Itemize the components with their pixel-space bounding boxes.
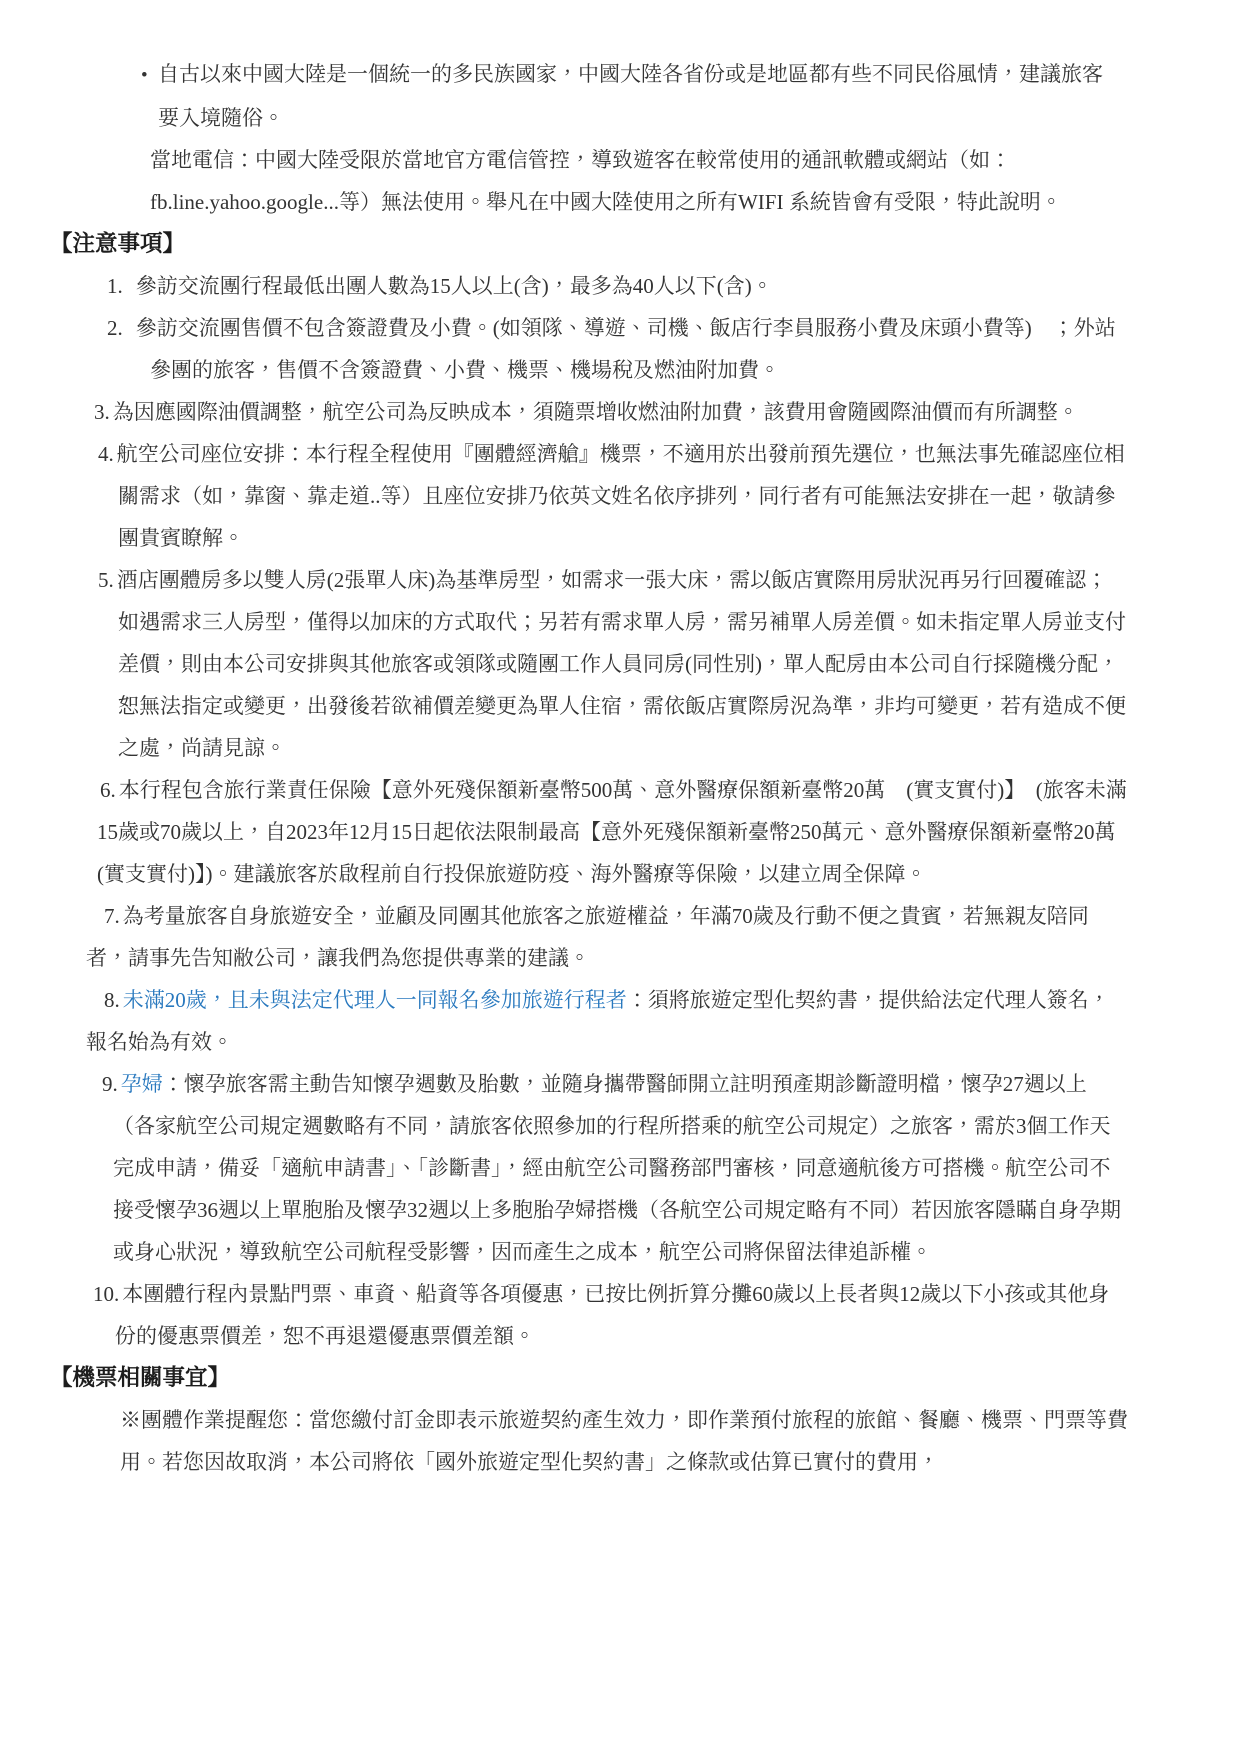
bullet-icon: •	[141, 55, 158, 97]
note-item-5: 5.酒店團體房多以雙人房(2張單人床)為基準房型，如需求一張大床，需以飯店實際用…	[0, 559, 1128, 769]
ticket-section-heading: 【機票相關事宜】	[50, 1357, 1240, 1399]
note-item-highlight: 孕婦	[121, 1072, 163, 1096]
note-item-highlight: 未滿20歲，且未與法定代理人一同報名參加旅遊行程者	[123, 988, 627, 1012]
note-item-number: 3.	[94, 400, 110, 424]
note-item-4: 4.航空公司座位安排：本行程全程使用『團體經濟艙』機票，不適用於出發前預先選位，…	[0, 433, 1128, 559]
note-item-text: 本團體行程內景點門票、車資、船資等各項優惠，已按比例折算分攤60歲以上長者與12…	[115, 1282, 1109, 1348]
note-item-number: 9.	[102, 1072, 118, 1096]
intro-bullet-text: 自古以來中國大陸是一個統一的多民族國家，中國大陸各省份或是地區都有些不同民俗風情…	[158, 62, 1103, 130]
page-content: •自古以來中國大陸是一個統一的多民族國家，中國大陸各省份或是地區都有些不同民俗風…	[0, 53, 1240, 1483]
note-item-9: 9.孕婦：懷孕旅客需主動告知懷孕週數及胎數，並隨身攜帶醫師開立註明預產期診斷證明…	[0, 1063, 1128, 1273]
intro-bullet-item: •自古以來中國大陸是一個統一的多民族國家，中國大陸各省份或是地區都有些不同民俗風…	[0, 53, 1122, 139]
notes-section-heading: 【注意事項】	[50, 223, 1240, 265]
intro-telecom-text: 當地電信：中國大陸受限於當地官方電信管控，導致遊客在較常使用的通訊軟體或網站（如…	[0, 139, 1122, 223]
note-item-number: 6.	[100, 778, 116, 802]
note-item-7: 7.為考量旅客自身旅遊安全，並顧及同團其他旅客之旅遊權益，年滿70歲及行動不便之…	[0, 895, 1128, 979]
note-item-text: 航空公司座位安排：本行程全程使用『團體經濟艙』機票，不適用於出發前預先選位，也無…	[117, 442, 1125, 550]
ticket-section: ※團體作業提醒您：當您繳付訂金即表示旅遊契約產生效力，即作業預付旅程的旅館、餐廳…	[0, 1399, 1240, 1483]
note-item-1: 1.參訪交流團行程最低出團人數為15人以上(含)，最多為40人以下(含)。	[0, 265, 1128, 307]
note-item-3: 3.為因應國際油價調整，航空公司為反映成本，須隨票增收燃油附加費，該費用會隨國際…	[0, 391, 1128, 433]
note-item-6: 6.本行程包含旅行業責任保險【意外死殘保額新臺幣500萬、意外醫療保額新臺幣20…	[0, 769, 1128, 895]
note-item-number: 8.	[104, 988, 120, 1012]
note-item-number: 4.	[98, 442, 114, 466]
note-item-text: 為因應國際油價調整，航空公司為反映成本，須隨票增收燃油附加費，該費用會隨國際油價…	[113, 400, 1079, 424]
note-item-number: 5.	[98, 568, 114, 592]
note-item-text: ：懷孕旅客需主動告知懷孕週數及胎數，並隨身攜帶醫師開立註明預產期診斷證明檔，懷孕…	[113, 1072, 1121, 1264]
document-page: { "colors": { "text": "#333333", "highli…	[0, 0, 1240, 1755]
note-item-text: 為考量旅客自身旅遊安全，並顧及同團其他旅客之旅遊權益，年滿70歲及行動不便之貴賓…	[86, 904, 1089, 970]
notes-list: 1.參訪交流團行程最低出團人數為15人以上(含)，最多為40人以下(含)。 2.…	[0, 265, 1240, 1357]
note-item-text: 參訪交流團售價不包含簽證費及小費。(如領隊、導遊、司機、飯店行李員服務小費及床頭…	[136, 316, 1116, 382]
note-item-8: 8.未滿20歲，且未與法定代理人一同報名參加旅遊行程者：須將旅遊定型化契約書，提…	[0, 979, 1128, 1063]
note-item-text: 參訪交流團行程最低出團人數為15人以上(含)，最多為40人以下(含)。	[136, 274, 773, 298]
note-item-number: 10.	[93, 1282, 119, 1306]
note-item-10: 10.本團體行程內景點門票、車資、船資等各項優惠，已按比例折算分攤60歲以上長者…	[0, 1273, 1128, 1357]
note-item-text: 本行程包含旅行業責任保險【意外死殘保額新臺幣500萬、意外醫療保額新臺幣20萬 …	[97, 778, 1137, 886]
note-item-2: 2.參訪交流團售價不包含簽證費及小費。(如領隊、導遊、司機、飯店行李員服務小費及…	[0, 307, 1128, 391]
ticket-note-text: ※團體作業提醒您：當您繳付訂金即表示旅遊契約產生效力，即作業預付旅程的旅館、餐廳…	[0, 1399, 1130, 1483]
note-item-number: 2.	[107, 316, 123, 340]
note-item-number: 1.	[107, 274, 123, 298]
note-item-number: 7.	[104, 904, 120, 928]
note-item-text: 酒店團體房多以雙人房(2張單人床)為基準房型，如需求一張大床，需以飯店實際用房狀…	[117, 568, 1126, 760]
intro-section: •自古以來中國大陸是一個統一的多民族國家，中國大陸各省份或是地區都有些不同民俗風…	[0, 53, 1240, 223]
